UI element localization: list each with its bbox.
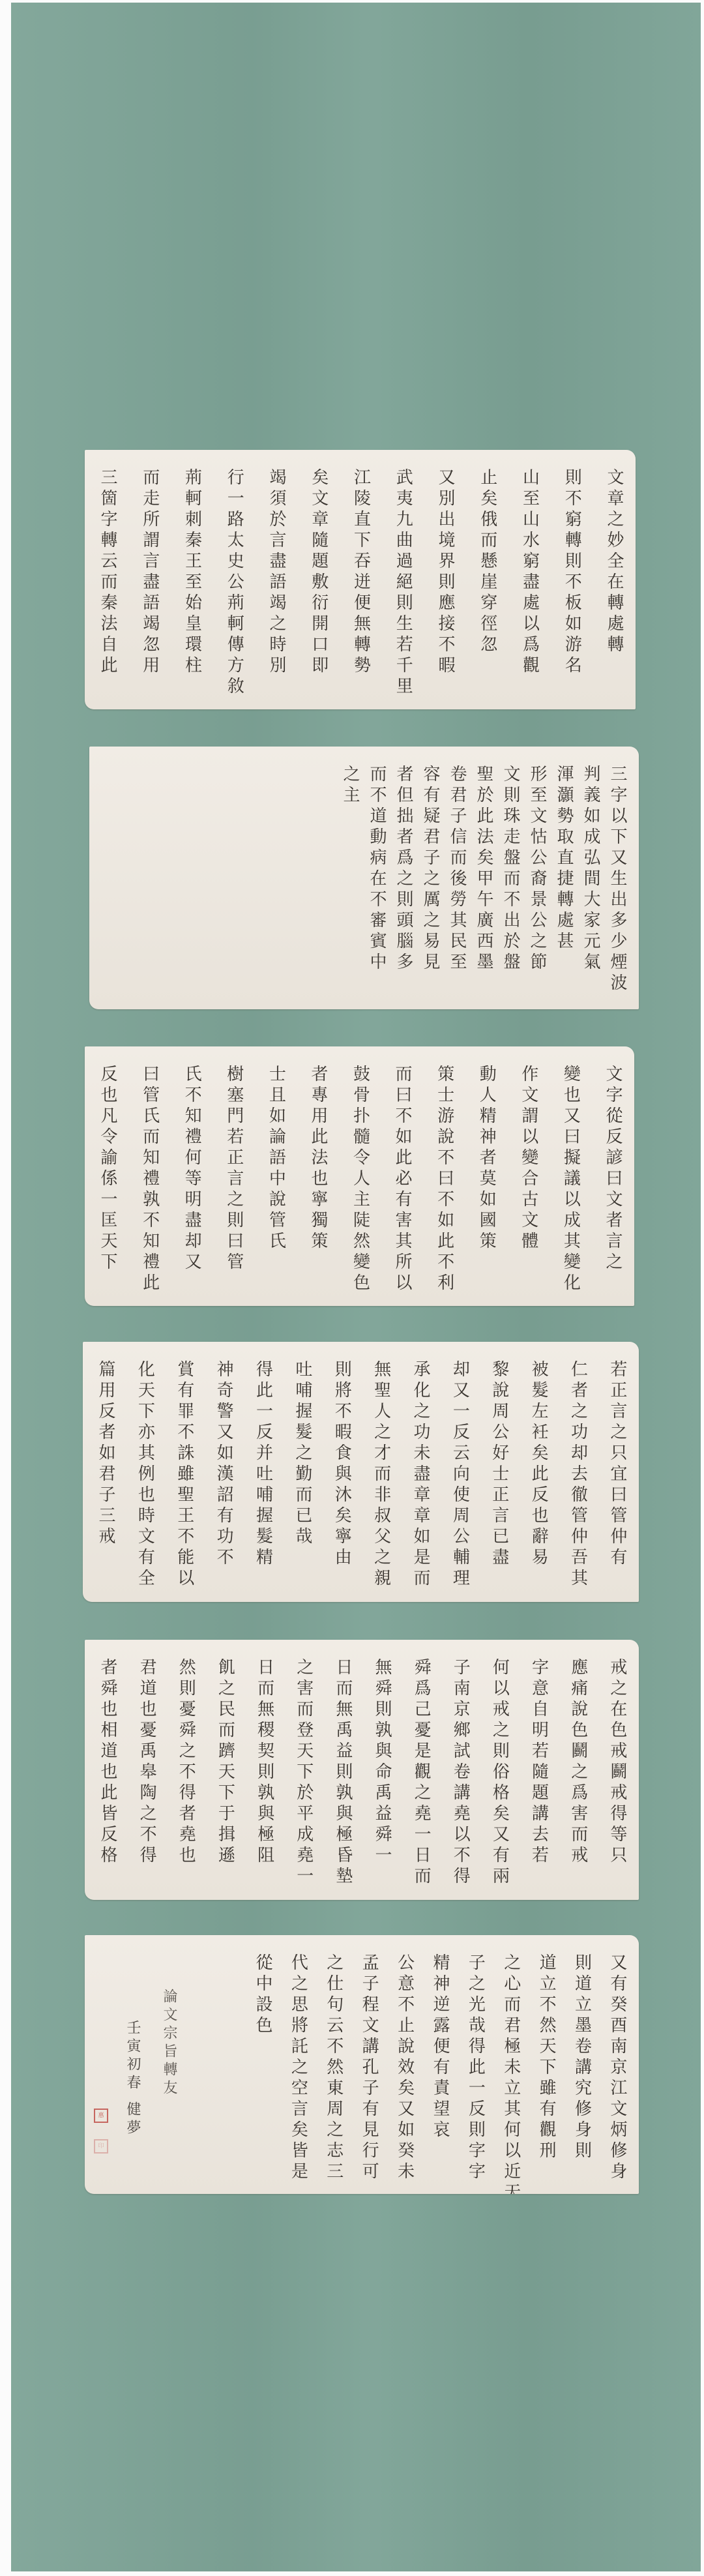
text-column: 從中設色: [254, 1953, 271, 2181]
text-column: 武夷九曲過絕則生若千里: [394, 468, 411, 696]
text-column: 而走所謂言盡語竭忽用: [141, 468, 158, 696]
text-column: 子南京鄉試卷講堯以不得: [452, 1658, 469, 1887]
text-column: 舜爲己憂是觀之堯一日而: [413, 1658, 430, 1887]
text-columns: 文章之妙全在轉處轉 則不窮轉則不板如游名 山至山水窮盡處以爲觀 止矣俄而懸崖穿徑…: [99, 468, 623, 696]
text-column: 之主: [342, 765, 359, 996]
text-column: 聖於此法矣甲午廣西墨: [475, 765, 492, 996]
calligraphy-panel-3: 文字從反諺曰文者言之 變也又曰擬議以成其變化 作文謂以變合古文體 動人精神者莫如…: [85, 1046, 634, 1306]
text-column: 荊軻刺秦王至始皇環柱: [184, 468, 201, 696]
text-column: 賞有罪不誅雖聖王不能以: [176, 1360, 193, 1589]
text-column: 得此一反并吐哺握髮精: [255, 1360, 272, 1589]
text-column: 飢之民而躋天下于揖遜: [216, 1658, 233, 1887]
inscription-title: 論文宗旨轉友: [162, 1989, 176, 2098]
text-column: 三字以下又生出多少煙波: [609, 765, 626, 996]
text-column: 者舜也相道也此皆反格: [99, 1658, 116, 1887]
text-column: 竭須於言盡語竭之時別: [268, 468, 285, 696]
text-columns: 若正言之只宜曰管仲有 仁者之功却去徹管仲吾其 被髮左衽矣此反也辭易 黎說周公好士…: [97, 1360, 626, 1589]
text-column: 則將不暇食與沐矣寧由: [333, 1360, 350, 1589]
text-column: 曰管氏而知禮孰不知禮此: [141, 1065, 158, 1293]
text-column: 三箇字轉云而秦法自此: [99, 468, 116, 696]
text-column: 文章之妙全在轉處轉: [606, 468, 623, 696]
text-columns: 三字以下又生出多少煙波 判義如成弘間大家元氣 渾灝勢取直捷轉處甚 形至文怙公裔景…: [104, 765, 626, 996]
text-column: 則不窮轉則不板如游名: [563, 468, 580, 696]
calligraphy-panel-6: 又有癸酉南京江文炳修身 則道立墨卷講究修身則 道立不然天下雖有觀刑 之心而君極未…: [85, 1935, 639, 2194]
text-column: 承化之功未盡章章如是而: [412, 1360, 429, 1589]
text-column: 而不道動病在不審賓中: [368, 765, 385, 996]
seal-stamp-faded: 印: [94, 2139, 108, 2154]
text-column: 鼓骨扑髓令人主陡然變色: [351, 1065, 368, 1293]
text-column: 君道也憂禹皋陶之不得: [138, 1658, 155, 1887]
text-column: 判義如成弘間大家元氣: [582, 765, 599, 996]
seal-stamp-red: 惠: [94, 2109, 108, 2123]
text-column: 又有癸酉南京江文炳修身: [609, 1953, 626, 2181]
text-column: 行一路太史公荊軻傳方敘: [226, 468, 242, 696]
calligraphy-panel-5: 戒之在色戒鬬戒得等只 應痛說色鬬之爲害而戒 字意自明若隨題講去若 何以戒之則俗格…: [85, 1640, 639, 1900]
text-column: 作文謂以變合古文體: [520, 1065, 537, 1293]
text-columns: 文字從反諺曰文者言之 變也又曰擬議以成其變化 作文謂以變合古文體 動人精神者莫如…: [99, 1065, 621, 1293]
text-column: 山至山水窮盡處以爲觀: [521, 468, 538, 696]
text-column: 動人精神者莫如國策: [478, 1065, 495, 1293]
text-column: 代之思將託之空言矣皆是: [289, 1953, 306, 2181]
text-column: 黎說周公好士正言已盡: [491, 1360, 508, 1589]
text-column: 公意不止說效矣又如癸未: [396, 1953, 413, 2181]
text-column: 矣文章隨題敷衍開口即: [310, 468, 327, 696]
text-column: 何以戒之則俗格矣又有兩: [491, 1658, 508, 1887]
text-columns: 又有癸酉南京江文炳修身 則道立墨卷講究修身則 道立不然天下雖有觀刑 之心而君極未…: [254, 1953, 626, 2181]
text-column: 止矣俄而懸崖穿徑忽: [479, 468, 496, 696]
signature: 壬寅初春 健夢: [125, 2020, 139, 2138]
text-column: 又別出境界則應接不暇: [437, 468, 454, 696]
text-column: 策士游說不曰不如此不利: [436, 1065, 453, 1293]
text-column: 文字從反諺曰文者言之: [604, 1065, 621, 1293]
text-column: 然則憂舜之不得者堯也: [177, 1658, 194, 1887]
text-column: 者專用此法也寧獨策: [310, 1065, 327, 1293]
text-column: 文則珠走盤而不出於盤: [502, 765, 519, 996]
text-column: 渾灝勢取直捷轉處甚: [555, 765, 572, 996]
text-column: 應痛說色鬬之爲害而戒: [570, 1658, 587, 1887]
text-column: 則道立墨卷講究修身則: [574, 1953, 591, 2181]
text-column: 形至文怙公裔景公之節: [529, 765, 546, 996]
text-column: 江陵直下吞迸便無轉勢: [353, 468, 370, 696]
text-column: 日而無稷契則孰與極阻: [256, 1658, 273, 1887]
text-column: 神奇警又如漢詔有功不: [215, 1360, 232, 1589]
text-column: 之心而君極未立其何以近天: [503, 1953, 520, 2181]
text-column: 道立不然天下雖有觀刑: [538, 1953, 555, 2181]
text-columns: 戒之在色戒鬬戒得等只 應痛說色鬬之爲害而戒 字意自明若隨題講去若 何以戒之則俗格…: [99, 1658, 626, 1887]
text-column: 變也又曰擬議以成其變化: [562, 1065, 579, 1293]
text-column: 精神逆露便有責望哀: [432, 1953, 448, 2181]
text-column: 而曰不如此必有害其所以: [394, 1065, 411, 1293]
text-column: 孟子程文講孔子有見行可: [360, 1953, 377, 2181]
text-column: 氏不知禮何等明盡却又: [183, 1065, 200, 1293]
text-column: 之仕句云不然東周之志三: [325, 1953, 342, 2181]
text-column: 仁者之功却去徹管仲吾其: [570, 1360, 587, 1589]
text-column: 樹塞門若正言之則曰管: [226, 1065, 242, 1293]
text-column: 字意自明若隨題講去若: [531, 1658, 548, 1887]
text-column: 被髮左衽矣此反也辭易: [530, 1360, 547, 1589]
text-column: 戒之在色戒鬬戒得等只: [609, 1658, 626, 1887]
text-column: 無舜則孰與命禹益舜一: [374, 1658, 390, 1887]
text-column: 無聖人之才而非叔父之親: [373, 1360, 390, 1589]
calligraphy-panel-1: 文章之妙全在轉處轉 則不窮轉則不板如游名 山至山水窮盡處以爲觀 止矣俄而懸崖穿徑…: [85, 450, 636, 709]
text-column: 却又一反云向使周公輔理: [451, 1360, 468, 1589]
text-column: 卷君子信而後勞其民至: [448, 765, 465, 996]
calligraphy-panel-2: 三字以下又生出多少煙波 判義如成弘間大家元氣 渾灝勢取直捷轉處甚 形至文怙公裔景…: [89, 747, 639, 1009]
text-column: 化天下亦其例也時文有全: [136, 1360, 153, 1589]
text-column: 容有疑君子之厲之易見: [422, 765, 439, 996]
text-column: 篇用反者如君子三戒: [97, 1360, 114, 1589]
text-column: 日而無禹益則孰與極昏墊: [334, 1658, 351, 1887]
text-column: 反也凡令諭係一匡天下: [99, 1065, 116, 1293]
text-column: 之害而登天下於平成堯一: [295, 1658, 312, 1887]
text-column: 士且如論語中說管氏: [267, 1065, 284, 1293]
text-column: 若正言之只宜曰管仲有: [609, 1360, 626, 1589]
text-column: 者但拙者爲之則頭腦多: [395, 765, 412, 996]
text-column: 吐哺握髮之勤而已哉: [294, 1360, 311, 1589]
calligraphy-panel-4: 若正言之只宜曰管仲有 仁者之功却去徹管仲吾其 被髮左衽矣此反也辭易 黎說周公好士…: [83, 1342, 639, 1602]
text-column: 子之光哉得此一反則字字: [467, 1953, 484, 2181]
